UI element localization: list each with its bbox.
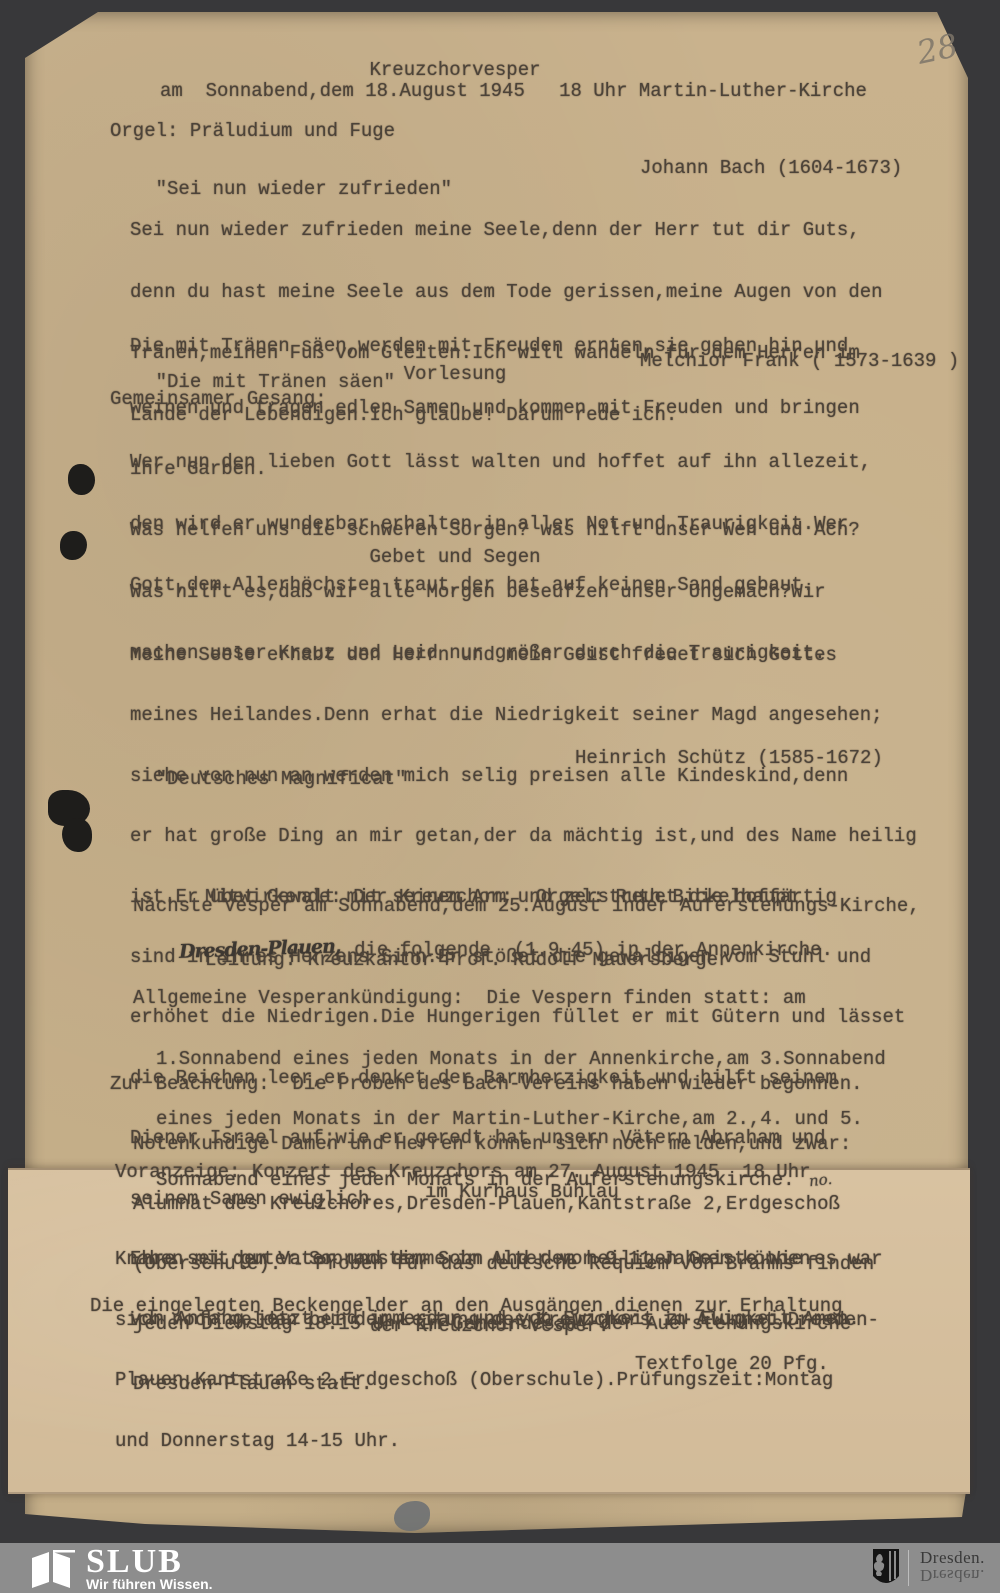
dresden-coat-of-arms-icon: [872, 1548, 900, 1590]
text-line: Was hilft es,daß wir alle Morgen beseufz…: [130, 582, 860, 603]
slub-book-icon: [28, 1549, 76, 1589]
document-content: 28 Kreuzchorvesper am Sonnabend,dem 18.A…: [25, 12, 968, 1533]
scan-background: { "colors":{ "background":"#38383a", "pa…: [0, 0, 1000, 1593]
beckengelder-line2: der Kreuzchor-Vesper.: [370, 1316, 609, 1337]
text-line: siehe von nun an werden mich selig preis…: [130, 767, 917, 786]
text-line: und Donnerstag 14-15 Uhr.: [115, 1432, 879, 1452]
text-line: Notenkundige Damen und Herren können sic…: [110, 1135, 874, 1154]
dateline: am Sonnabend,dem 18.August 1945 18 Uhr M…: [160, 81, 867, 102]
text-line: Zur Beachtung: Die Proben des Bach-Verei…: [110, 1075, 874, 1094]
footer-divider: [908, 1550, 909, 1586]
text-line: Knaben mit guter Sopranstimme im Alter v…: [115, 1250, 879, 1270]
punch-hole: [68, 464, 95, 495]
slub-slogan: Wir führen Wissen.: [86, 1576, 213, 1592]
viewer-footer: SLUB Wir führen Wissen. Dresden. Dresden…: [0, 1543, 1000, 1593]
voranzeige-line2: im Kurhaus Bühlau: [425, 1182, 619, 1203]
text-line: Meine Seele erhabt den Herrn und mein Ge…: [130, 646, 917, 665]
text-line: Allgemeine Vesperankündigung: Die Vesper…: [133, 989, 886, 1009]
text-line: Die mit Tränen säen,werden mit Freuden e…: [130, 336, 860, 357]
text-line: meines Heilandes.Denn erhat die Niedrigk…: [130, 706, 917, 725]
ink-blot: [62, 818, 92, 852]
gesang-label: Gemeinsamer Gesang:: [110, 389, 327, 410]
text-line: Sei nun wieder zufrieden meine Seele,den…: [130, 220, 883, 241]
section-vorlesung: Vorlesung: [25, 364, 885, 385]
naechste-vesper-line1: Nächste Vesper am Sonnabend,dem 25.Augus…: [133, 896, 920, 917]
voranzeige-line1: Voranzeige: Konzert des Kreuzchors am 27…: [115, 1162, 811, 1183]
text-line: er hat große Ding an mir getan,der da mä…: [130, 827, 917, 846]
dresden-logo-text-mirrored: Dresden.: [920, 1565, 985, 1585]
text-line: Wer nun den lieben Gott lässt walten und…: [130, 452, 871, 473]
beckengelder-line1: Die eingelegten Beckengelder an den Ausg…: [90, 1296, 843, 1317]
pencil-page-number: 28: [913, 26, 961, 72]
organ-line: Orgel: Präludium und Fuge: [110, 121, 395, 142]
text-line: Was helfen uns die schweren Sorgen? was …: [130, 520, 860, 541]
page-title: Kreuzchorvesper: [25, 60, 885, 81]
section-gebet: Gebet und Segen: [25, 547, 885, 568]
piece1-composer: Johann Bach (1604-1673): [640, 158, 902, 179]
textfolge-price: Textfolge 20 Pfg.: [635, 1354, 829, 1375]
knaben-block: Knaben mit guter Sopranstimme im Alter v…: [115, 1209, 879, 1492]
